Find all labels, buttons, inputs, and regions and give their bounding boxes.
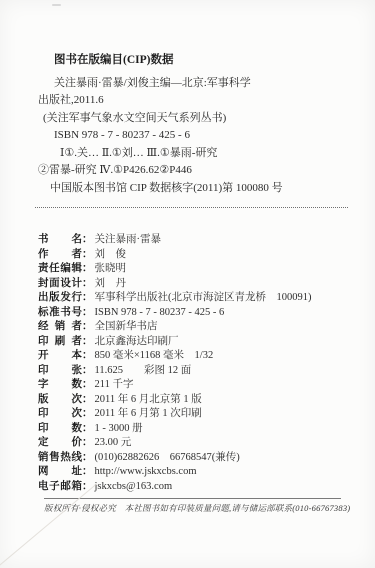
row-value: 全国新华书店 (95, 321, 158, 332)
colophon-row-printer: 印刷者：北京鑫海达印刷厂 (38, 335, 347, 350)
footer-separator (44, 498, 341, 499)
row-value: 11.625 彩图 12 面 (95, 365, 192, 376)
row-colon: ： (82, 249, 93, 260)
row-colon: ： (82, 452, 93, 463)
row-colon: ： (82, 263, 93, 274)
row-label: 印张 (38, 364, 82, 379)
row-label: 经销者 (38, 320, 82, 335)
row-label: 开本 (38, 349, 82, 364)
row-label: 字数 (38, 378, 82, 393)
colophon-row-website: 网址：http://www.jskxcbs.com (38, 465, 347, 480)
cip-heading: 图书在版编目(CIP)数据 (38, 52, 347, 70)
colophon-row-author: 作者：刘 俊 (38, 248, 347, 263)
colophon-row-cover-design: 封面设计：刘 丹 (38, 277, 347, 292)
row-label: 书名 (38, 233, 82, 248)
row-value: 北京鑫海达印刷厂 (95, 336, 179, 347)
row-colon: ： (82, 423, 93, 434)
row-value: http://www.jskxcbs.com (95, 466, 197, 477)
row-label: 印数 (38, 422, 82, 437)
row-label: 责任编辑 (38, 262, 82, 277)
row-label: 印次 (38, 407, 82, 422)
row-value: ISBN 978 - 7 - 80237 - 425 - 6 (95, 307, 225, 318)
row-colon: ： (82, 394, 93, 405)
row-colon: ： (82, 234, 93, 245)
colophon-row-editor: 责任编辑：张晓明 (38, 262, 347, 277)
book-copyright-page: 图书在版编目(CIP)数据 关注暴雨·雷暴/刘俊主编—北京:军事科学 出版社,2… (0, 0, 375, 568)
colophon-row-distributor: 经销者：全国新华书店 (38, 320, 347, 335)
row-label: 出版发行 (38, 291, 82, 306)
row-value: 关注暴雨·雷暴 (95, 234, 162, 245)
row-colon: ： (82, 466, 93, 477)
scan-artifact (52, 4, 61, 6)
row-colon: ： (82, 292, 93, 303)
row-colon: ： (82, 321, 93, 332)
cip-isbn-line: ISBN 978 - 7 - 80237 - 425 - 6 (38, 127, 347, 145)
cip-record-number-line: 中国版本图书馆 CIP 数据核字(2011)第 100080 号 (38, 180, 347, 198)
row-value: 刘 丹 (95, 278, 127, 289)
cip-publisher-line: 出版社,2011.6 (38, 92, 347, 110)
row-value: 850 毫米×1168 毫米 1/32 (95, 350, 214, 361)
copyright-notice: 版权所有·侵权必究 本社图书如有印装质量问题,请与储运部联系(010-66767… (44, 502, 347, 514)
row-label: 销售热线 (38, 451, 82, 466)
row-value: 张晓明 (95, 263, 127, 274)
colophon-row-isbn: 标准书号：ISBN 978 - 7 - 80237 - 425 - 6 (38, 306, 347, 321)
row-colon: ： (82, 307, 93, 318)
colophon-row-title: 书名：关注暴雨·雷暴 (38, 233, 347, 248)
row-colon: ： (82, 379, 93, 390)
colophon-row-word-count: 字数：211 千字 (38, 378, 347, 393)
row-value: 1 - 3000 册 (95, 423, 143, 434)
row-label: 定价 (38, 436, 82, 451)
row-colon: ： (82, 278, 93, 289)
row-value: 2011 年 6 月北京第 1 版 (95, 394, 202, 405)
cip-series-line: (关注军事气象水文空间天气系列丛书) (38, 110, 347, 128)
row-label: 电子邮箱 (38, 480, 82, 495)
colophon-row-format: 开本：850 毫米×1168 毫米 1/32 (38, 349, 347, 364)
colophon-row-print-run: 印数：1 - 3000 册 (38, 422, 347, 437)
row-colon: ： (82, 365, 93, 376)
row-colon: ： (82, 350, 93, 361)
row-label: 作者 (38, 248, 82, 263)
row-label: 版次 (38, 393, 82, 408)
cip-title-line: 关注暴雨·雷暴/刘俊主编—北京:军事科学 (38, 75, 347, 93)
row-colon: ： (82, 336, 93, 347)
row-value: 2011 年 6 月第 1 次印刷 (95, 408, 202, 419)
colophon-row-publisher: 出版发行：军事科学出版社(北京市海淀区青龙桥 100091) (38, 291, 347, 306)
colophon-row-price: 定价：23.00 元 (38, 436, 347, 451)
row-label: 网址 (38, 465, 82, 480)
row-value: 23.00 元 (95, 437, 132, 448)
row-label: 封面设计 (38, 277, 82, 292)
row-value: 军事科学出版社(北京市海淀区青龙桥 100091) (95, 292, 312, 303)
row-colon: ： (82, 437, 93, 448)
cip-classification-line-2: ②雷暴-研究 Ⅳ.①P426.62②P446 (38, 162, 347, 180)
row-colon: ： (82, 408, 93, 419)
cip-section: 图书在版编目(CIP)数据 关注暴雨·雷暴/刘俊主编—北京:军事科学 出版社,2… (38, 52, 347, 197)
row-value: jskxcbs@163.com (95, 481, 173, 492)
colophon-section: 书名：关注暴雨·雷暴 作者：刘 俊 责任编辑：张晓明 封面设计：刘 丹 出版发行… (38, 233, 347, 494)
colophon-row-edition: 版次：2011 年 6 月北京第 1 版 (38, 393, 347, 408)
cip-classification-line-1: Ⅰ①.关… Ⅱ.①刘… Ⅲ.①暴雨-研究 (38, 145, 347, 163)
colophon-row-sheets: 印张：11.625 彩图 12 面 (38, 364, 347, 379)
row-label: 标准书号 (38, 306, 82, 321)
row-value: 刘 俊 (95, 249, 127, 260)
row-label: 印刷者 (38, 335, 82, 350)
page-crease (0, 483, 97, 567)
row-value: (010)62882626 66768547(兼传) (95, 452, 240, 463)
colophon-row-sales-hotline: 销售热线：(010)62882626 66768547(兼传) (38, 451, 347, 466)
colophon-row-printing: 印次：2011 年 6 月第 1 次印刷 (38, 407, 347, 422)
dotted-separator (35, 207, 348, 208)
row-value: 211 千字 (95, 379, 134, 390)
